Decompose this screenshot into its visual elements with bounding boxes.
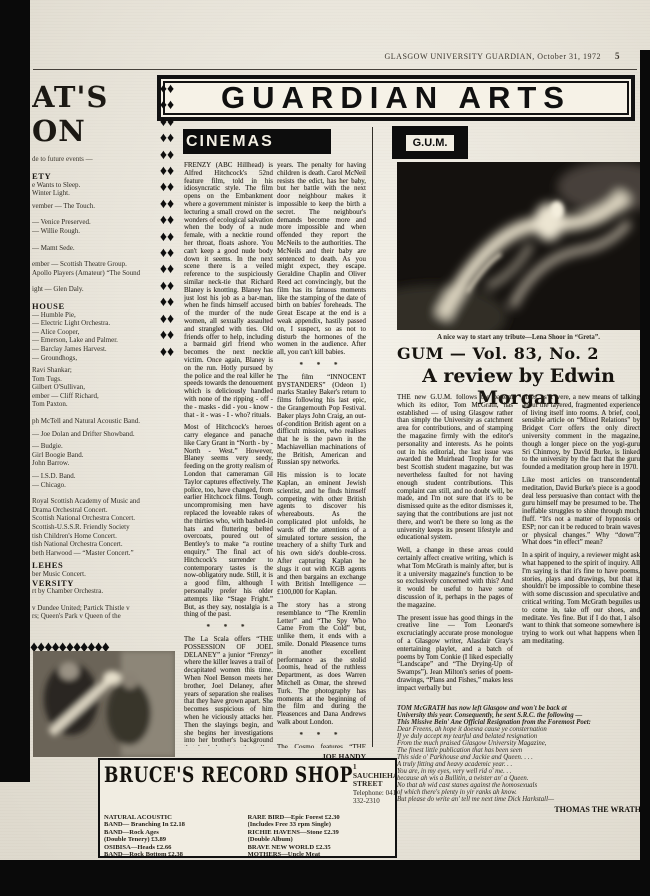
paragraph: In a spirit of inquiry, a reviewer might… (522, 552, 640, 646)
list-item: rt by Chamber Orchestra. (32, 587, 158, 596)
list-item: — Chicago. (32, 481, 158, 490)
poem-line: A truly fitting and heavy academic year.… (397, 761, 641, 768)
cinemas-column-1: FRENZY (ABC Hillhead) is Alfred Hitchcoc… (184, 162, 273, 746)
paragraph: years. The penalty for having children i… (277, 162, 366, 357)
photo-caption: A nice way to start any tribute—Lena Sho… (397, 334, 640, 341)
advert-listing: NATURAL ACOUSTIC (104, 814, 248, 822)
review-heading: GUM — Vol. 83, No. 2 (397, 344, 599, 363)
advert-address: 1 SAUCHIEHALL STREET Telephone: 041-332-… (353, 763, 397, 806)
list-item: Drama Orchestral Concert. (32, 506, 158, 515)
paragraph: His mission is to locate Kaplan, an emin… (277, 472, 366, 597)
paragraph: FRENZY (ABC Hillhead) is Alfred Hitchcoc… (184, 162, 273, 419)
whats-on-list: ETYe Wants to Sleep.Winter Light.vember … (32, 172, 158, 621)
poem-line: TOM McGRATH has now left Glasgow and won… (397, 705, 641, 712)
advert-street: 1 SAUCHIEHALL STREET (353, 763, 397, 789)
list-item: VERSITY (32, 579, 158, 588)
poem-line: because ah wis a Bullitin, a twister an'… (397, 775, 641, 782)
list-item: tish National Orchestra Concert. (32, 540, 158, 549)
list-item: — Joe Dolan and Drifter Showband. (32, 430, 158, 439)
gum-label-text: G.U.M. (405, 134, 456, 152)
poem-line: This side o' Parkhouse and Jackie and Qu… (397, 754, 641, 761)
paragraph: vines, as it were, a new means of talkin… (522, 394, 640, 472)
list-item: — Venice Preserved. (32, 218, 158, 227)
paragraph: The La Scala offers “THE POSSESSION OF J… (184, 636, 273, 746)
list-item: Girl Boogie Band. (32, 451, 158, 460)
guardian-arts-banner: GUARDIAN ARTS (157, 75, 635, 121)
poem-line: You are, in my eyes, very well rid o' me… (397, 768, 641, 775)
paragraph: The Cosmo features “THE TOUCH”, Ingmar B… (277, 744, 366, 748)
paragraph: Most of Hitchcock's heroes carry eleganc… (184, 424, 273, 619)
record-shop-advert: BRUCE'S RECORD SHOP 1 SAUCHIEHALL STREET… (98, 758, 397, 858)
paragraph: Like most articles on transcendental med… (522, 477, 640, 547)
list-item: ember — Cliff Richard, (32, 392, 158, 401)
advert-phone: Telephone: 041-332-2310 (353, 789, 397, 806)
poem-line: But please do write an' tell me next tim… (397, 796, 641, 803)
advert-listing: BAND—Rock Ages (104, 829, 248, 837)
advert-listing: (Double Album) (248, 836, 392, 844)
list-item: e Wants to Sleep. (32, 181, 158, 190)
masthead-text: GLASGOW UNIVERSITY GUARDIAN, October 31,… (385, 52, 601, 61)
list-item: tish Children's Home Concert. (32, 532, 158, 541)
list-item: LEHES (32, 561, 158, 570)
list-item: ember — Scottish Theatre Group. (32, 260, 158, 269)
list-item: — Humble Pie, (32, 311, 158, 320)
advert-listing: OSIBISA—Heads £2.66 (104, 844, 248, 852)
cinemas-section-label: CINEMAS (183, 129, 331, 154)
poem-line: Dear Freens, ah hope it doesna cause ye … (397, 726, 641, 733)
vertical-diamond-divider: ♦♦♦♦♦♦♦♦♦♦♦♦♦♦♦♦♦♦♦♦♦♦♦♦♦♦♦♦♦♦♦♦♦♦ (159, 82, 175, 642)
scan-border-left (0, 0, 30, 782)
advert-listing: BAND— Branching In £2.18 (104, 821, 248, 829)
advert-listing: (Includes Free 33 rpm Single) (248, 821, 392, 829)
paragraph: THE new G.U.M. follows the pattern which… (397, 394, 513, 542)
list-item: Apollo Players (Amateur) “The Sound (32, 269, 158, 278)
poem-line: The finest little publication that has b… (397, 747, 641, 754)
advert-listing: RARE BIRD—Epic Forest £2.30 (248, 814, 392, 822)
paragraph: The film “INNOCENT BYSTANDERS” (Odeon 1)… (277, 374, 366, 468)
poem-line: This Missive Bein' Ane Official Resignat… (397, 719, 641, 726)
list-item: Ravi Shankar; (32, 366, 158, 375)
masthead-rule (33, 69, 637, 70)
gum-section-label: G.U.M. (392, 126, 468, 159)
musicians-photo-art (33, 651, 175, 757)
list-item: ph McTell and Natural Acoustic Band. (32, 417, 158, 426)
advert-listing: MOTHERS—Uncle Meat (248, 851, 392, 858)
whats-on-intro: de to future events — (32, 155, 158, 163)
whats-on-title: AT'S ON (32, 80, 158, 148)
banner-title: GUARDIAN ARTS (163, 81, 629, 115)
poem-line: If ye duly accept my tearful and belated… (397, 733, 641, 740)
list-item: Tom Tugs. (32, 375, 158, 384)
scan-border-bottom (0, 860, 650, 896)
resignation-poem: TOM McGRATH has now left Glasgow and won… (397, 705, 641, 813)
list-item: — Mamt Sede. (32, 244, 158, 253)
list-item: beth Harwood — “Master Concert.” (32, 549, 158, 558)
poem-line: From the much praised Glasgow University… (397, 740, 641, 747)
dancer-photo (397, 162, 640, 330)
paragraph: The present issue has good things in the… (397, 615, 513, 693)
advert-listing: (Double Tenery) £3.89 (104, 836, 248, 844)
list-item: — Willie Rough. (32, 227, 158, 236)
advert-listing: BRAVE NEW WORLD £2.35 (248, 844, 392, 852)
list-item: — I.S.D. Band. (32, 472, 158, 481)
dancer-photo-art (397, 162, 640, 330)
masthead: GLASGOW UNIVERSITY GUARDIAN, October 31,… (385, 51, 620, 61)
list-item: ight — Glen Daly. (32, 285, 158, 294)
column-rule (372, 127, 373, 747)
list-item: Winter Light. (32, 189, 158, 198)
advert-shop-name: BRUCE'S RECORD SHOP (104, 763, 353, 788)
newspaper-page: GLASGOW UNIVERSITY GUARDIAN, October 31,… (0, 0, 650, 896)
scan-border-right (640, 50, 650, 862)
review-column-2: vines, as it were, a new means of talkin… (522, 394, 640, 694)
poem-signature: THOMAS THE WRATH (397, 806, 641, 813)
list-item: rs; Queen's Park v Queen of the (32, 612, 158, 621)
whats-on-column: AT'S ON de to future events — ETYe Wants… (32, 80, 158, 621)
list-item: — Barclay James Harvest. (32, 345, 158, 354)
advert-listings-right: RARE BIRD—Epic Forest £2.30 (Includes Fr… (248, 814, 392, 859)
list-item: Scottish National Orchestra Concert. (32, 514, 158, 523)
musicians-photo (33, 651, 175, 757)
poem-line: of which there's plenty in yir ranks ah … (397, 789, 641, 796)
list-item: — Emerson, Lake and Palmer. (32, 336, 158, 345)
list-item: v Dundee United; Partick Thistle v (32, 604, 158, 613)
list-item: — Alice Cooper, (32, 328, 158, 337)
paragraph: Well, a change in these areas could cert… (397, 547, 513, 609)
poem-lines: TOM McGRATH has now left Glasgow and won… (397, 705, 641, 803)
list-item: Scottish-U.S.S.R. Friendly Society (32, 523, 158, 532)
list-item: — Groundhogs, (32, 354, 158, 363)
advert-listing: RICHIE HAVENS—Stone £2.39 (248, 829, 392, 837)
list-item: — Electric Light Orchestra. (32, 319, 158, 328)
list-item: Royal Scottish Academy of Music and (32, 497, 158, 506)
list-item: Gilbert O'Sullivan, (32, 383, 158, 392)
paragraph: * * * (277, 732, 366, 740)
list-item: vember — The Touch. (32, 202, 158, 211)
list-item: — Budgie. (32, 442, 158, 451)
list-item: HOUSE (32, 302, 158, 311)
advert-listing: BAND—Rock Bottom £2.38 (104, 851, 248, 858)
list-item: ETY (32, 172, 158, 181)
list-item: John Barrow. (32, 459, 158, 468)
paragraph: * * * (277, 362, 366, 370)
page-number: 5 (615, 51, 620, 61)
paragraph: The story has a strong resemblance to “T… (277, 602, 366, 727)
advert-listings-left: NATURAL ACOUSTICBAND— Branching In £2.18… (104, 814, 248, 859)
review-column-1: THE new G.U.M. follows the pattern which… (397, 394, 513, 694)
paragraph: * * * (184, 624, 273, 632)
cinemas-column-2: years. The penalty for having children i… (277, 162, 366, 748)
poem-line: No that ah wid cast stanes against the h… (397, 782, 641, 789)
list-item: ber Music Concert. (32, 570, 158, 579)
list-item: Tom Paxton. (32, 400, 158, 409)
poem-line: University this year. Consequently, he s… (397, 712, 641, 719)
